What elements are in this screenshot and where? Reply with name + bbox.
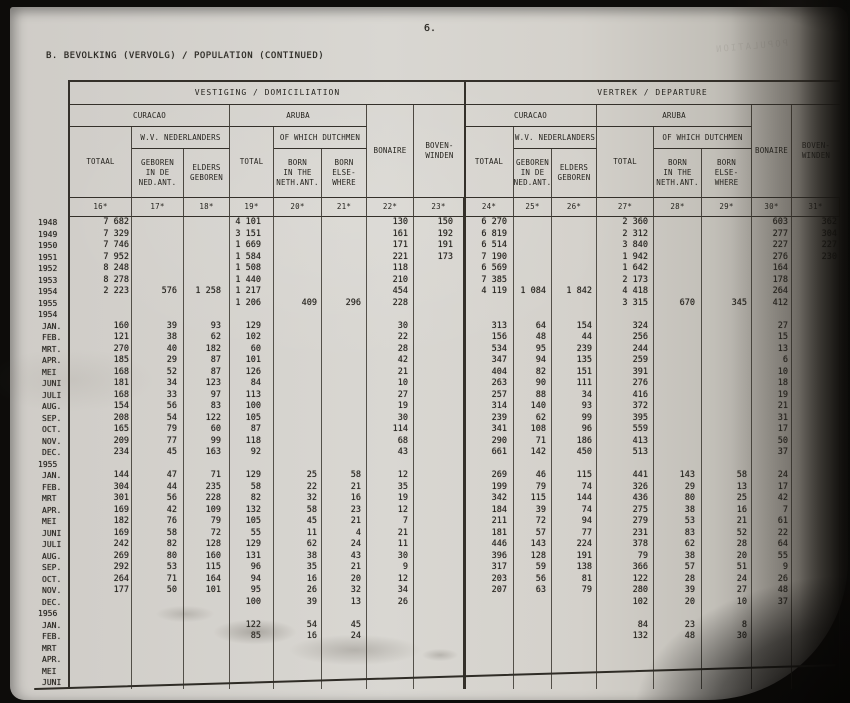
cell	[132, 217, 184, 229]
cell	[552, 677, 597, 689]
cell: 165	[70, 424, 132, 436]
cell: 102	[597, 597, 654, 609]
cell	[702, 643, 752, 655]
cell	[552, 608, 597, 620]
row-label: FEB.	[38, 332, 68, 344]
cell: 64	[514, 321, 552, 333]
cell	[322, 666, 367, 678]
cell	[702, 413, 752, 425]
cell: 60	[230, 344, 274, 356]
cell: 7 682	[70, 217, 132, 229]
cell	[654, 344, 702, 356]
cell	[274, 309, 322, 321]
cell: 22	[752, 528, 792, 540]
cell: 22	[367, 332, 414, 344]
header-curacao-right: CURACAO	[465, 105, 597, 127]
table-row: 7 9521 5842211737 1901 942276230	[70, 252, 840, 264]
cell: 56	[132, 493, 184, 505]
cell	[184, 459, 230, 471]
page-title: B. BEVOLKING (VERVOLG) / POPULATION (CON…	[46, 51, 324, 61]
cell	[230, 309, 274, 321]
cell	[702, 447, 752, 459]
cell: 259	[597, 355, 654, 367]
cell: 95	[514, 344, 552, 356]
cell	[322, 367, 367, 379]
cell	[414, 516, 465, 528]
cell: 203	[465, 574, 514, 586]
cell	[274, 275, 322, 287]
cell	[792, 413, 840, 425]
cell	[322, 608, 367, 620]
cell: 97	[184, 390, 230, 402]
cell	[132, 608, 184, 620]
cell: 58	[702, 470, 752, 482]
cell: 129	[230, 539, 274, 551]
cell: 270	[70, 344, 132, 356]
cell	[70, 631, 132, 643]
cell: 304	[792, 229, 840, 241]
cell: 108	[514, 424, 552, 436]
cell	[322, 275, 367, 287]
cell: 21	[752, 401, 792, 413]
cell	[597, 459, 654, 471]
cell: 34	[132, 378, 184, 390]
cell: 43	[367, 447, 414, 459]
cell: 46	[514, 470, 552, 482]
cell	[414, 539, 465, 551]
cell	[792, 620, 840, 632]
cell	[792, 332, 840, 344]
cell	[654, 424, 702, 436]
cell	[654, 355, 702, 367]
table-row: 1603993129303136415432427	[70, 321, 840, 333]
cell: 409	[274, 298, 322, 310]
cell	[132, 240, 184, 252]
row-label: DEC.	[38, 597, 68, 609]
cell: 454	[367, 286, 414, 298]
cell	[414, 597, 465, 609]
cell	[414, 401, 465, 413]
cell	[414, 574, 465, 586]
cell	[702, 355, 752, 367]
cell: 191	[414, 240, 465, 252]
cell	[702, 240, 752, 252]
cell: 27	[752, 321, 792, 333]
cell: 275	[597, 505, 654, 517]
header-curacao-left: CURACAO	[70, 105, 230, 127]
table-row: 26471164941620122035681122282426	[70, 574, 840, 586]
cell: 269	[70, 551, 132, 563]
cell	[752, 309, 792, 321]
row-label: OCT.	[38, 574, 68, 586]
cell: 135	[552, 355, 597, 367]
cell	[792, 574, 840, 586]
cell	[274, 344, 322, 356]
header-totaal-right: TOTAAL	[465, 127, 514, 197]
cell: 84	[597, 620, 654, 632]
cell	[132, 643, 184, 655]
cell	[414, 344, 465, 356]
cell	[414, 631, 465, 643]
cell: 22	[274, 482, 322, 494]
cell	[514, 631, 552, 643]
cell: 184	[465, 505, 514, 517]
cell: 77	[552, 528, 597, 540]
cell: 10	[367, 378, 414, 390]
cell: 1 584	[230, 252, 274, 264]
cell: 62	[514, 413, 552, 425]
cell: 118	[230, 436, 274, 448]
table-row: 23445163924366114245051337	[70, 447, 840, 459]
cell	[792, 597, 840, 609]
col-number: 27*	[597, 197, 654, 217]
cell	[274, 608, 322, 620]
cell: 4	[322, 528, 367, 540]
cell	[752, 620, 792, 632]
row-label: SEP.	[38, 562, 68, 574]
cell	[414, 355, 465, 367]
cell	[654, 367, 702, 379]
cell: 39	[132, 321, 184, 333]
cell	[654, 413, 702, 425]
cell: 57	[514, 528, 552, 540]
cell: 45	[274, 516, 322, 528]
row-label-column: 194819491950195119521953195419551954JAN.…	[38, 217, 68, 689]
cell: 151	[552, 367, 597, 379]
cell	[274, 229, 322, 241]
cell: 670	[654, 298, 702, 310]
cell	[654, 436, 702, 448]
cell: 362	[792, 217, 840, 229]
cell: 58	[230, 482, 274, 494]
cell: 154	[70, 401, 132, 413]
cell: 115	[552, 470, 597, 482]
cell	[702, 263, 752, 275]
table-row: 16942109132582312184397427538167	[70, 505, 840, 517]
cell	[702, 401, 752, 413]
cell	[367, 666, 414, 678]
cell	[414, 528, 465, 540]
cell: 2 360	[597, 217, 654, 229]
cell: 231	[597, 528, 654, 540]
cell: 30	[367, 413, 414, 425]
cell: 8 278	[70, 275, 132, 287]
cell	[552, 597, 597, 609]
cell: 24	[322, 539, 367, 551]
cell: 38	[132, 332, 184, 344]
cell: 74	[552, 505, 597, 517]
cell: 21	[322, 482, 367, 494]
cell: 38	[654, 551, 702, 563]
cell	[184, 275, 230, 287]
scanned-book-photo: 6. B. BEVOLKING (VERVOLG) / POPULATION (…	[0, 0, 850, 703]
cell: 391	[597, 367, 654, 379]
table-row: 8 2781 4402107 3852 173178	[70, 275, 840, 287]
cell	[322, 240, 367, 252]
cell	[702, 309, 752, 321]
cell: 16	[702, 505, 752, 517]
row-label: JUNI	[38, 528, 68, 540]
cell: 83	[184, 401, 230, 413]
cell: 79	[552, 585, 597, 597]
cell	[70, 666, 132, 678]
cell	[552, 631, 597, 643]
cell: 95	[230, 585, 274, 597]
table-row: 2085412210530239629939531	[70, 413, 840, 425]
cell: 72	[184, 528, 230, 540]
col-number: 25*	[514, 197, 552, 217]
row-label: OCT.	[38, 424, 68, 436]
cell	[414, 551, 465, 563]
cell	[414, 263, 465, 275]
cell: 79	[132, 424, 184, 436]
cell	[322, 654, 367, 666]
cell: 301	[70, 493, 132, 505]
cell: 37	[752, 447, 792, 459]
cell	[184, 631, 230, 643]
cell: 122	[184, 413, 230, 425]
cell	[514, 298, 552, 310]
cell: 37	[752, 597, 792, 609]
cell	[274, 355, 322, 367]
header-totaal-left: TOTAAL	[70, 127, 132, 197]
table-row	[70, 459, 840, 471]
cell	[514, 240, 552, 252]
cell	[702, 654, 752, 666]
cell	[654, 390, 702, 402]
cell	[184, 643, 230, 655]
cell	[792, 677, 840, 689]
cell: 129	[230, 470, 274, 482]
cell: 96	[552, 424, 597, 436]
cell	[654, 229, 702, 241]
cell: 1 206	[230, 298, 274, 310]
cell: 9	[752, 562, 792, 574]
cell: 227	[792, 240, 840, 252]
cell: 93	[184, 321, 230, 333]
cell: 19	[752, 390, 792, 402]
cell	[274, 666, 322, 678]
cell	[792, 551, 840, 563]
cell	[552, 217, 597, 229]
cell: 257	[465, 390, 514, 402]
cell: 7	[367, 516, 414, 528]
cell	[654, 608, 702, 620]
cell	[514, 677, 552, 689]
header-total-aruba-right: TOTAL	[597, 127, 654, 197]
cell	[132, 654, 184, 666]
cell	[597, 309, 654, 321]
cell	[792, 528, 840, 540]
cell: 82	[132, 539, 184, 551]
cell: 1 258	[184, 286, 230, 298]
cell: 83	[654, 528, 702, 540]
population-table: VESTIGING / DOMICILIATION VERTREK / DEPA…	[68, 82, 840, 689]
cell: 221	[367, 252, 414, 264]
cell: 21	[367, 528, 414, 540]
cell: 19	[367, 493, 414, 505]
header-aruba-right: ARUBA	[597, 105, 752, 127]
cell: 164	[752, 263, 792, 275]
cell: 169	[70, 505, 132, 517]
table-row: 30444235582221351997974326291317	[70, 482, 840, 494]
header-born-neth-ant-left: BORN IN THE NETH.ANT.	[274, 149, 322, 197]
col-number: 23*	[414, 197, 465, 217]
cell: 35	[367, 482, 414, 494]
cell: 181	[465, 528, 514, 540]
col-number: 28*	[654, 197, 702, 217]
cell: 7 952	[70, 252, 132, 264]
cell: 603	[752, 217, 792, 229]
cell: 171	[367, 240, 414, 252]
cell: 80	[654, 493, 702, 505]
cell: 168	[70, 390, 132, 402]
cell	[654, 378, 702, 390]
cell: 26	[274, 585, 322, 597]
cell	[132, 631, 184, 643]
cell	[322, 344, 367, 356]
cell: 208	[70, 413, 132, 425]
cell: 122	[230, 620, 274, 632]
cell	[702, 378, 752, 390]
cell: 44	[552, 332, 597, 344]
row-label: AUG.	[38, 401, 68, 413]
cell: 101	[230, 355, 274, 367]
cell: 128	[184, 539, 230, 551]
cell	[792, 378, 840, 390]
cell	[654, 321, 702, 333]
cell	[132, 275, 184, 287]
cell	[465, 654, 514, 666]
cell: 269	[465, 470, 514, 482]
row-label: 1948	[38, 217, 68, 229]
row-label: FEB.	[38, 631, 68, 643]
cell: 29	[132, 355, 184, 367]
cell: 15	[752, 332, 792, 344]
cell: 63	[514, 585, 552, 597]
cell: 10	[702, 597, 752, 609]
cell	[274, 413, 322, 425]
cell: 71	[184, 470, 230, 482]
cell: 9	[367, 562, 414, 574]
header-elders-geboren-left: ELDERS GEBOREN	[184, 149, 230, 197]
col-number: 29*	[702, 197, 752, 217]
cell: 416	[597, 390, 654, 402]
cell	[792, 459, 840, 471]
cell: 21	[322, 516, 367, 528]
cell	[322, 643, 367, 655]
header-vestiging: VESTIGING / DOMICILIATION	[70, 82, 465, 105]
cell: 276	[752, 252, 792, 264]
cell: 211	[465, 516, 514, 528]
col-number: 24*	[465, 197, 514, 217]
cell: 186	[552, 436, 597, 448]
table-row: 7 6824 1011301506 2702 360603362	[70, 217, 840, 229]
table-row: 17750101952632342076379280392748	[70, 585, 840, 597]
cell: 1 508	[230, 263, 274, 275]
cell	[274, 263, 322, 275]
cell: 55	[752, 551, 792, 563]
cell: 40	[132, 344, 184, 356]
cell	[184, 620, 230, 632]
cell: 34	[367, 585, 414, 597]
cell	[752, 654, 792, 666]
table-row: 7 7461 6691711916 5143 840227227	[70, 240, 840, 252]
col-number: 17*	[132, 197, 184, 217]
cell	[792, 643, 840, 655]
cell: 42	[752, 493, 792, 505]
cell	[752, 677, 792, 689]
cell	[274, 321, 322, 333]
cell	[792, 470, 840, 482]
cell	[597, 654, 654, 666]
cell: 94	[552, 516, 597, 528]
cell	[702, 252, 752, 264]
cell: 56	[132, 401, 184, 413]
cell	[184, 229, 230, 241]
cell	[514, 229, 552, 241]
cell: 118	[367, 263, 414, 275]
cell: 17	[752, 482, 792, 494]
cell: 290	[465, 436, 514, 448]
cell	[654, 677, 702, 689]
cell: 90	[514, 378, 552, 390]
row-label: DEC.	[38, 447, 68, 459]
cell: 2 223	[70, 286, 132, 298]
header-total-aruba-left: TOTAL	[230, 127, 274, 197]
header-wv-nederlanders-left: W.V. NEDERLANDERS	[132, 127, 230, 149]
cell: 11	[274, 528, 322, 540]
cell: 16	[322, 493, 367, 505]
cell	[322, 286, 367, 298]
cell: 35	[274, 562, 322, 574]
cell: 93	[552, 401, 597, 413]
cell: 182	[70, 516, 132, 528]
cell	[322, 217, 367, 229]
cell: 100	[230, 401, 274, 413]
cell	[367, 459, 414, 471]
cell	[414, 643, 465, 655]
cell	[322, 252, 367, 264]
cell: 8	[702, 620, 752, 632]
cell: 10	[752, 367, 792, 379]
cell: 39	[654, 585, 702, 597]
cell	[702, 229, 752, 241]
cell: 101	[184, 585, 230, 597]
cell	[70, 643, 132, 655]
table-row	[70, 608, 840, 620]
cell	[414, 309, 465, 321]
cell: 43	[322, 551, 367, 563]
cell	[184, 217, 230, 229]
cell: 72	[514, 516, 552, 528]
cell: 277	[752, 229, 792, 241]
cell: 7 746	[70, 240, 132, 252]
cell: 413	[597, 436, 654, 448]
table-row: 1685287126214048215139110	[70, 367, 840, 379]
cell	[465, 597, 514, 609]
cell	[274, 390, 322, 402]
cell: 1 842	[552, 286, 597, 298]
cell	[654, 309, 702, 321]
cell: 111	[552, 378, 597, 390]
cell	[654, 217, 702, 229]
cell: 366	[597, 562, 654, 574]
table-row: 2698016013138433039612819179382055	[70, 551, 840, 563]
cell: 87	[230, 424, 274, 436]
cell: 27	[702, 585, 752, 597]
cell	[792, 631, 840, 643]
